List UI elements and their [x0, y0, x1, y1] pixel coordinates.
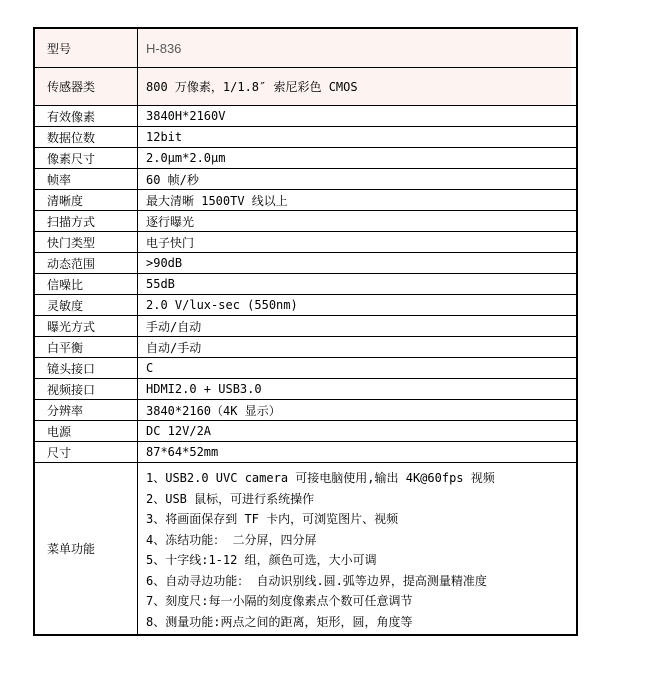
spec-label: 曝光方式 [35, 316, 138, 336]
table-row: 动态范围>90dB [35, 252, 576, 273]
spec-label: 快门类型 [35, 232, 138, 252]
spec-label: 视频接口 [35, 379, 138, 399]
spec-value: 2.0 V/lux-sec (550nm) [138, 295, 576, 315]
spec-label: 清晰度 [35, 190, 138, 210]
table-row: 数据位数12bit [35, 126, 576, 147]
table-row: 视频接口HDMI2.0 + USB3.0 [35, 378, 576, 399]
table-row: 灵敏度2.0 V/lux-sec (550nm) [35, 294, 576, 315]
spec-value: DC 12V/2A [138, 421, 576, 441]
spec-label: 尺寸 [35, 442, 138, 462]
table-row: 扫描方式逐行曝光 [35, 210, 576, 231]
spec-value: 自动/手动 [138, 337, 576, 357]
spec-value: >90dB [138, 253, 576, 273]
table-row: 分辨率3840*2160（4K 显示） [35, 399, 576, 420]
table-row: 尺寸87*64*52mm [35, 441, 576, 462]
spec-value: 最大清晰 1500TV 线以上 [138, 190, 576, 210]
spec-value: 3840*2160（4K 显示） [138, 400, 576, 420]
table-row: 曝光方式手动/自动 [35, 315, 576, 336]
table-row: 电源DC 12V/2A [35, 420, 576, 441]
spec-label: 帧率 [35, 169, 138, 189]
spec-value: 55dB [138, 274, 576, 294]
spec-value: 3840H*2160V [138, 106, 576, 126]
table-row: 白平衡自动/手动 [35, 336, 576, 357]
spec-value: 87*64*52mm [138, 442, 576, 462]
spec-label: 信噪比 [35, 274, 138, 294]
menu-feature-line: 1、USB2.0 UVC camera 可接电脑使用,输出 4K@60fps 视… [146, 468, 576, 489]
spec-label: 白平衡 [35, 337, 138, 357]
spec-label: 分辨率 [35, 400, 138, 420]
spec-value: 2.0μm*2.0μm [138, 148, 576, 168]
spec-value: 手动/自动 [138, 316, 576, 336]
spec-value: 电子快门 [138, 232, 576, 252]
spec-value: C [138, 358, 576, 378]
spec-label: 传感器类 [35, 68, 138, 105]
spec-label: 扫描方式 [35, 211, 138, 231]
table-row: 传感器类800 万像素，1/1.8″ 索尼彩色 CMOS [35, 67, 576, 105]
spec-value: 12bit [138, 127, 576, 147]
spec-label: 电源 [35, 421, 138, 441]
spec-value: 800 万像素，1/1.8″ 索尼彩色 CMOS [138, 68, 576, 105]
menu-feature-line: 3、将画面保存到 TF 卡内，可浏览图片、视频 [146, 509, 576, 530]
menu-feature-line: 8、测量功能:两点之间的距离，矩形，圆，角度等 [146, 612, 576, 633]
spec-label: 菜单功能 [35, 463, 138, 634]
spec-label: 有效像素 [35, 106, 138, 126]
table-row: 镜头接口C [35, 357, 576, 378]
spec-value: 1、USB2.0 UVC camera 可接电脑使用,输出 4K@60fps 视… [138, 463, 576, 634]
table-row: 型号H-836 [35, 29, 576, 67]
spec-label: 数据位数 [35, 127, 138, 147]
table-row: 像素尺寸2.0μm*2.0μm [35, 147, 576, 168]
menu-feature-line: 7、刻度尺:每一小隔的刻度像素点个数可任意调节 [146, 591, 576, 612]
spec-label: 型号 [35, 29, 138, 67]
table-row: 信噪比55dB [35, 273, 576, 294]
menu-feature-line: 2、USB 鼠标，可进行系统操作 [146, 489, 576, 510]
table-row: 菜单功能1、USB2.0 UVC camera 可接电脑使用,输出 4K@60f… [35, 462, 576, 634]
menu-feature-line: 4、冻结功能： 二分屏，四分屏 [146, 530, 576, 551]
spec-label: 灵敏度 [35, 295, 138, 315]
table-row: 帧率60 帧/秒 [35, 168, 576, 189]
menu-feature-line: 6、自动寻边功能： 自动识别线.圆.弧等边界，提高测量精准度 [146, 571, 576, 592]
spec-label: 动态范围 [35, 253, 138, 273]
spec-label: 镜头接口 [35, 358, 138, 378]
table-row: 有效像素3840H*2160V [35, 105, 576, 126]
spec-value: 逐行曝光 [138, 211, 576, 231]
table-row: 清晰度最大清晰 1500TV 线以上 [35, 189, 576, 210]
spec-value: H-836 [138, 29, 576, 67]
menu-feature-line: 5、十字线:1-12 组，颜色可选，大小可调 [146, 550, 576, 571]
spec-label: 像素尺寸 [35, 148, 138, 168]
table-row: 快门类型电子快门 [35, 231, 576, 252]
spec-table: 型号H-836传感器类800 万像素，1/1.8″ 索尼彩色 CMOS有效像素3… [33, 27, 578, 636]
spec-value: HDMI2.0 + USB3.0 [138, 379, 576, 399]
spec-value: 60 帧/秒 [138, 169, 576, 189]
